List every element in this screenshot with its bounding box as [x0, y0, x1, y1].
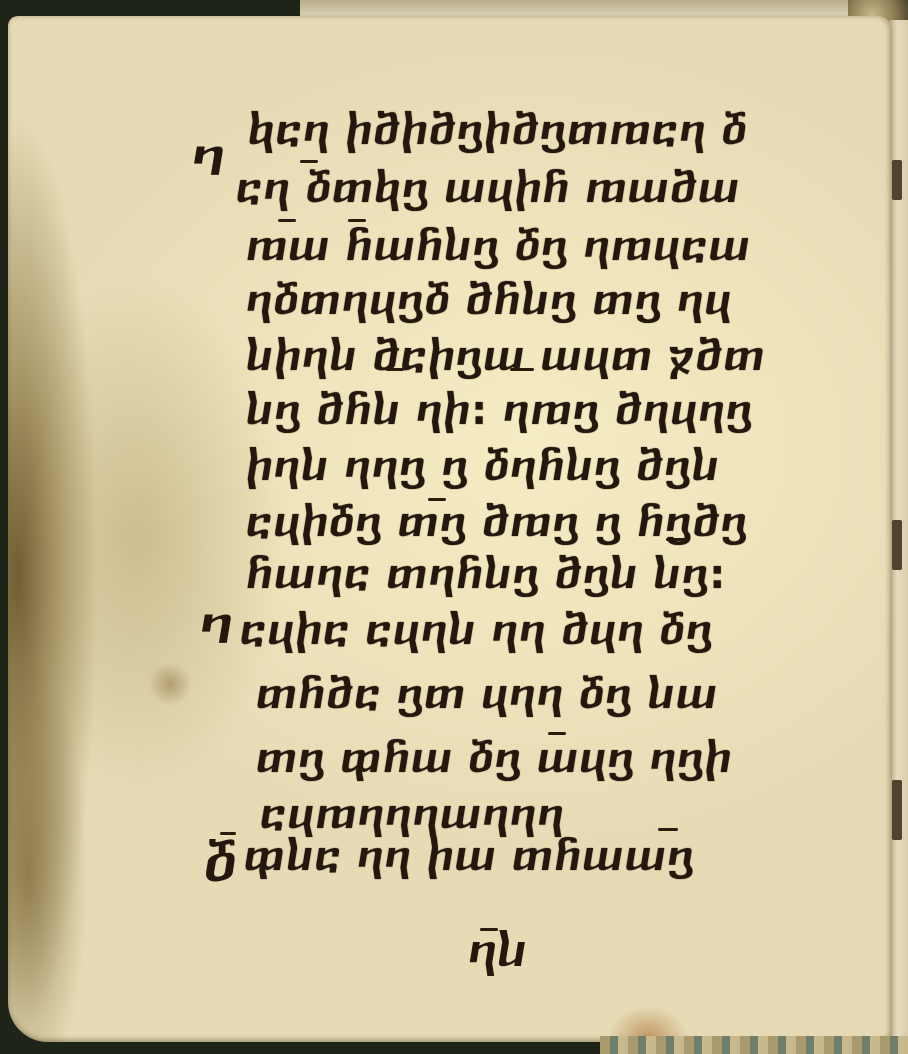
text-line: ⴀⴗⴊⴄⴄⴄⴍⴄⴄⴄ [260, 792, 565, 838]
adjacent-page-edge [890, 20, 908, 1040]
folio-number: ⴄⴑ [468, 926, 527, 977]
adjacent-page-ink-mark [892, 520, 902, 570]
text-line: ⴀⴄ ⴃⴇⴉⴂ ⴍⴗⴙⴌ ⴊⴍⴋⴍ [236, 166, 740, 212]
text-line: ⴙⴄⴑ ⴄⴄⴂ ⴂ ⴃⴄⴌⴑⴂ ⴋⴂⴑ [246, 444, 720, 490]
text-line: ⴇⴌⴋⴀ ⴂⴇ ⴗⴄⴄ ⴃⴂ ⴑⴍ [256, 672, 718, 718]
titlo-mark [300, 160, 318, 163]
text-line: ⴑⴂ ⴋⴌⴑ ⴄⴙ: ⴄⴊⴂ ⴋⴄⴗⴄⴂ [246, 388, 753, 434]
decorated-initial: ⴃ [204, 834, 237, 894]
text-line: ⴉⴀⴄ ⴙⴋⴙⴋⴂⴙⴋⴂⴇⴊⴀⴄ ⴃ [248, 108, 748, 154]
text-line: ⴌⴍⴄⴀ ⴇⴄⴌⴑⴂ ⴋⴂⴑ ⴑⴂ: [246, 552, 726, 598]
text-line: ⴄⴃⴇⴄⴗⴂⴃ ⴋⴌⴑⴂ ⴇⴂ ⴄⴗ [246, 278, 732, 324]
titlo-mark [548, 732, 566, 735]
decorated-initial: ⴈ [192, 128, 226, 188]
text-line: ⴔⴑⴀ ⴄⴄ ⴙⴍ ⴇⴌⴍⴍⴂ [244, 834, 695, 880]
adjacent-page-ink-mark [892, 780, 902, 840]
titlo-mark [658, 828, 678, 831]
text-block: ⴈ ⴈ ⴃ ⴉⴀⴄ ⴙⴋⴙⴋⴂⴙⴋⴂⴇⴊⴀⴄ ⴃ ⴀⴄ ⴃⴇⴉⴂ ⴍⴗⴙⴌ ⴊⴍ… [8, 16, 892, 1042]
text-line: ⴑⴙⴄⴑ ⴋⴀⴙⴂⴍ ⴍⴗⴇ ⴟⴋⴇ [246, 334, 766, 380]
adjacent-page-ink-mark [892, 160, 902, 200]
text-line: ⴀⴗⴙⴀ ⴀⴗⴄⴑ ⴄⴄ ⴋⴗⴄ ⴃⴂ [240, 608, 713, 654]
text-line: ⴊⴍ ⴌⴍⴌⴑⴂ ⴃⴂ ⴄⴊⴗⴀⴍ [246, 224, 751, 270]
text-line: ⴀⴗⴙⴃⴂ ⴇⴂ ⴋⴊⴂ ⴂ ⴌⴂⴋⴂ [246, 500, 748, 546]
titlo-mark [220, 832, 236, 835]
manuscript-page: ⴈ ⴈ ⴃ ⴉⴀⴄ ⴙⴋⴙⴋⴂⴙⴋⴂⴇⴊⴀⴄ ⴃ ⴀⴄ ⴃⴇⴉⴂ ⴍⴗⴙⴌ ⴊⴍ… [8, 16, 892, 1042]
decorated-initial: ⴈ [200, 596, 234, 656]
titlo-mark [278, 219, 296, 222]
text-line: ⴇⴂ ⴔⴌⴍ ⴃⴂ ⴍⴗⴂ ⴄⴂⴙ [256, 736, 732, 782]
binding-thread-bottom [600, 1036, 908, 1054]
titlo-mark [348, 219, 366, 222]
